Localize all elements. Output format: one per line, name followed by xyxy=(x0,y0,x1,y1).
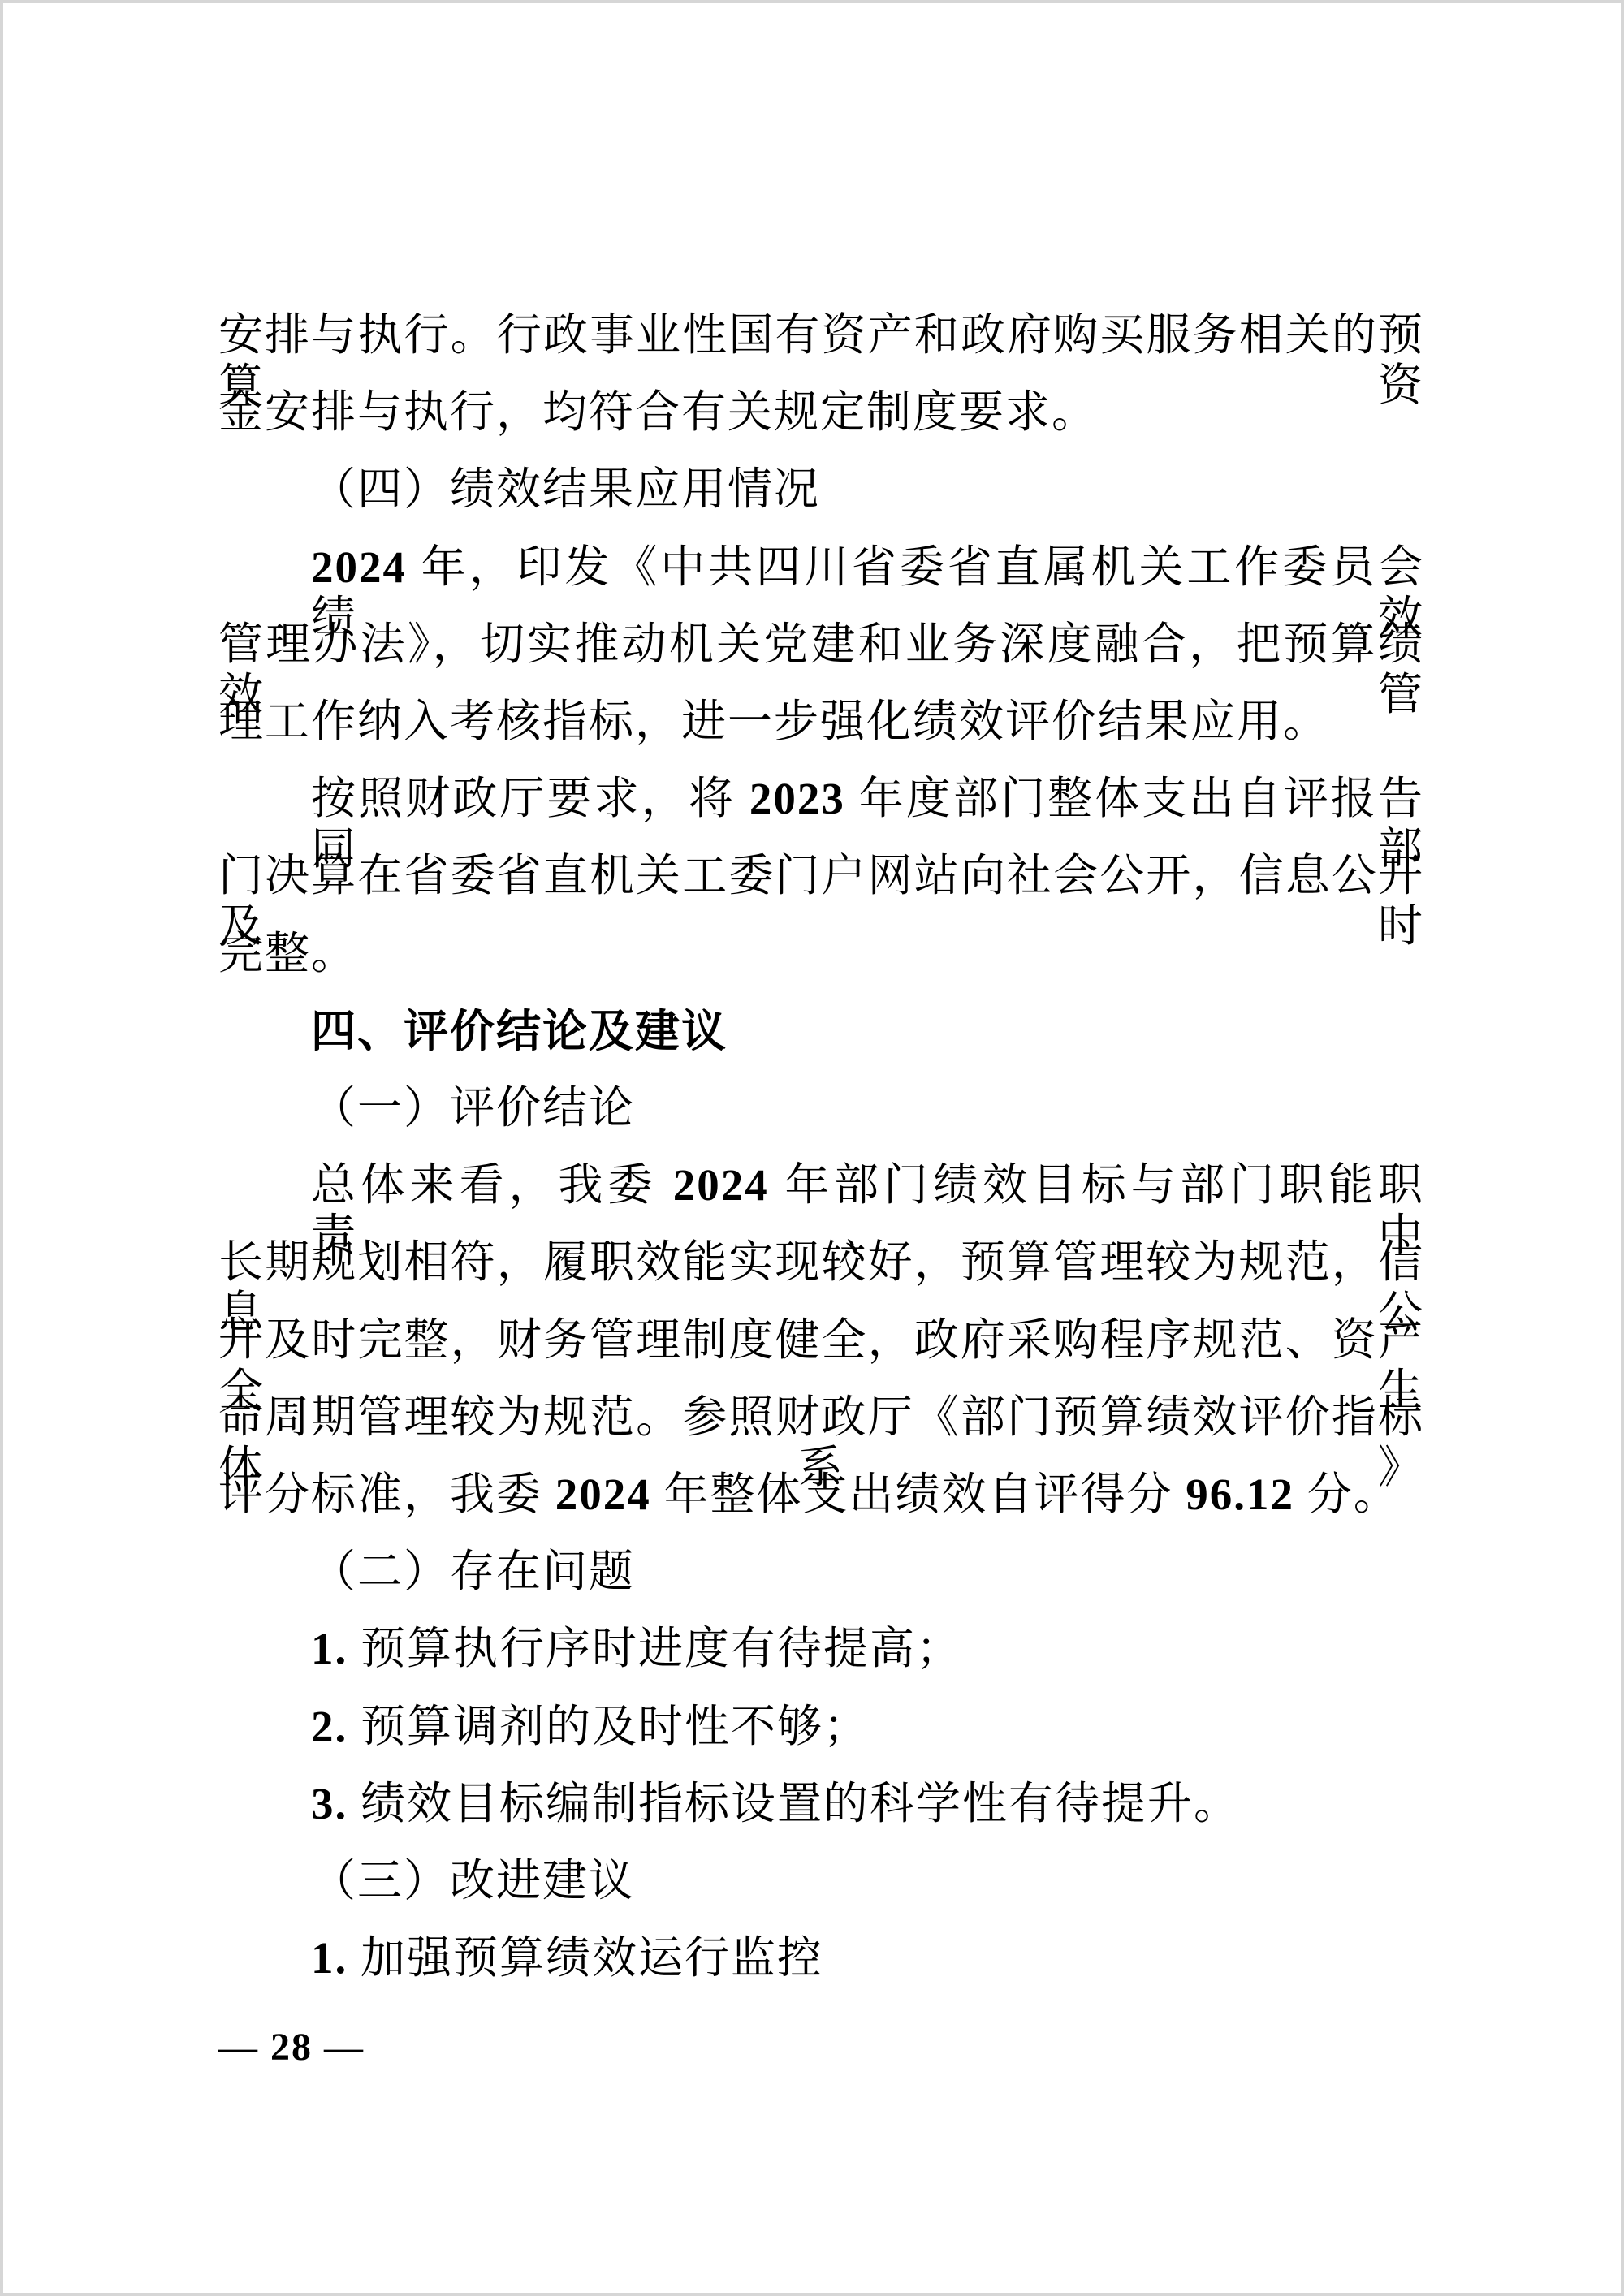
page-number: 28 xyxy=(270,2026,313,2069)
text-segment: 2. xyxy=(311,1702,348,1751)
subsection-heading: （二）存在问题 xyxy=(311,1547,635,1597)
text-line: 1. 加强预算绩效运行监控 xyxy=(311,1933,823,1983)
text-segment: （一）评价结论 xyxy=(311,1083,635,1133)
text-segment: 2023 xyxy=(749,774,845,823)
text-segment: 年整体支出绩效自评得分 xyxy=(651,1470,1186,1519)
text-segment: （三）改进建议 xyxy=(311,1856,635,1905)
document-page: 安排与执行。行政事业性国有资产和政府购买服务相关的预算资金安排与执行，均符合有关… xyxy=(0,0,1624,2296)
text-line: 评分标准，我委 2024 年整体支出绩效自评得分 96.12 分。 xyxy=(218,1470,1400,1520)
text-segment: 3. xyxy=(311,1779,348,1828)
footer-dash: — xyxy=(313,2026,365,2069)
footer-dash: — xyxy=(218,2026,270,2069)
text-segment: 2024 xyxy=(311,542,407,592)
text-segment: 1. xyxy=(311,1933,348,1983)
text-line: 1. 预算执行序时进度有待提高； xyxy=(311,1624,962,1674)
text-line: 3. 绩效目标编制指标设置的科学性有待提升。 xyxy=(311,1779,1240,1829)
text-segment: 2024 xyxy=(555,1470,651,1519)
text-segment: 理工作纳入考核指标，进一步强化绩效评价结果应用。 xyxy=(218,697,1329,746)
text-line: 理工作纳入考核指标，进一步强化绩效评价结果应用。 xyxy=(218,697,1329,747)
text-line: 金安排与执行，均符合有关规定制度要求。 xyxy=(218,387,1098,438)
text-segment: 2024 xyxy=(673,1160,769,1210)
text-segment: 加强预算绩效运行监控 xyxy=(348,1933,823,1983)
text-line: 2. 预算调剂的及时性不够； xyxy=(311,1702,870,1752)
subsection-heading: （一）评价结论 xyxy=(311,1083,635,1133)
section-heading: 四、评价结论及建议 xyxy=(311,1006,728,1056)
text-segment: 预算调剂的及时性不够； xyxy=(348,1702,870,1751)
text-segment: 按照财政厅要求，将 xyxy=(311,774,749,823)
subsection-heading: （四）绩效结果应用情况 xyxy=(311,464,820,515)
text-segment: 绩效目标编制指标设置的科学性有待提升。 xyxy=(348,1779,1240,1828)
text-segment: 96.12 xyxy=(1186,1470,1294,1519)
text-segment: 总体来看，我委 xyxy=(311,1160,673,1210)
text-segment: 评分标准，我委 xyxy=(218,1470,555,1519)
subsection-heading: （三）改进建议 xyxy=(311,1856,635,1906)
text-segment: 四、评价结论及建议 xyxy=(311,1006,728,1056)
text-segment: 金安排与执行，均符合有关规定制度要求。 xyxy=(218,387,1098,437)
text-segment: 1. xyxy=(311,1624,348,1673)
text-segment: 分。 xyxy=(1294,1470,1400,1519)
text-segment: 完整。 xyxy=(218,929,357,978)
text-segment: （四）绩效结果应用情况 xyxy=(311,464,820,514)
text-line: 完整。 xyxy=(218,929,357,979)
text-segment: 门决算在省委省直机关工委门户网站向社会公开，信息公开及时 xyxy=(218,851,1424,951)
text-segment: （二）存在问题 xyxy=(311,1547,635,1596)
text-line: 门决算在省委省直机关工委门户网站向社会公开，信息公开及时 xyxy=(218,851,1424,952)
page-footer: — 28 — xyxy=(218,2026,365,2069)
text-segment: 预算执行序时进度有待提高； xyxy=(348,1624,962,1673)
